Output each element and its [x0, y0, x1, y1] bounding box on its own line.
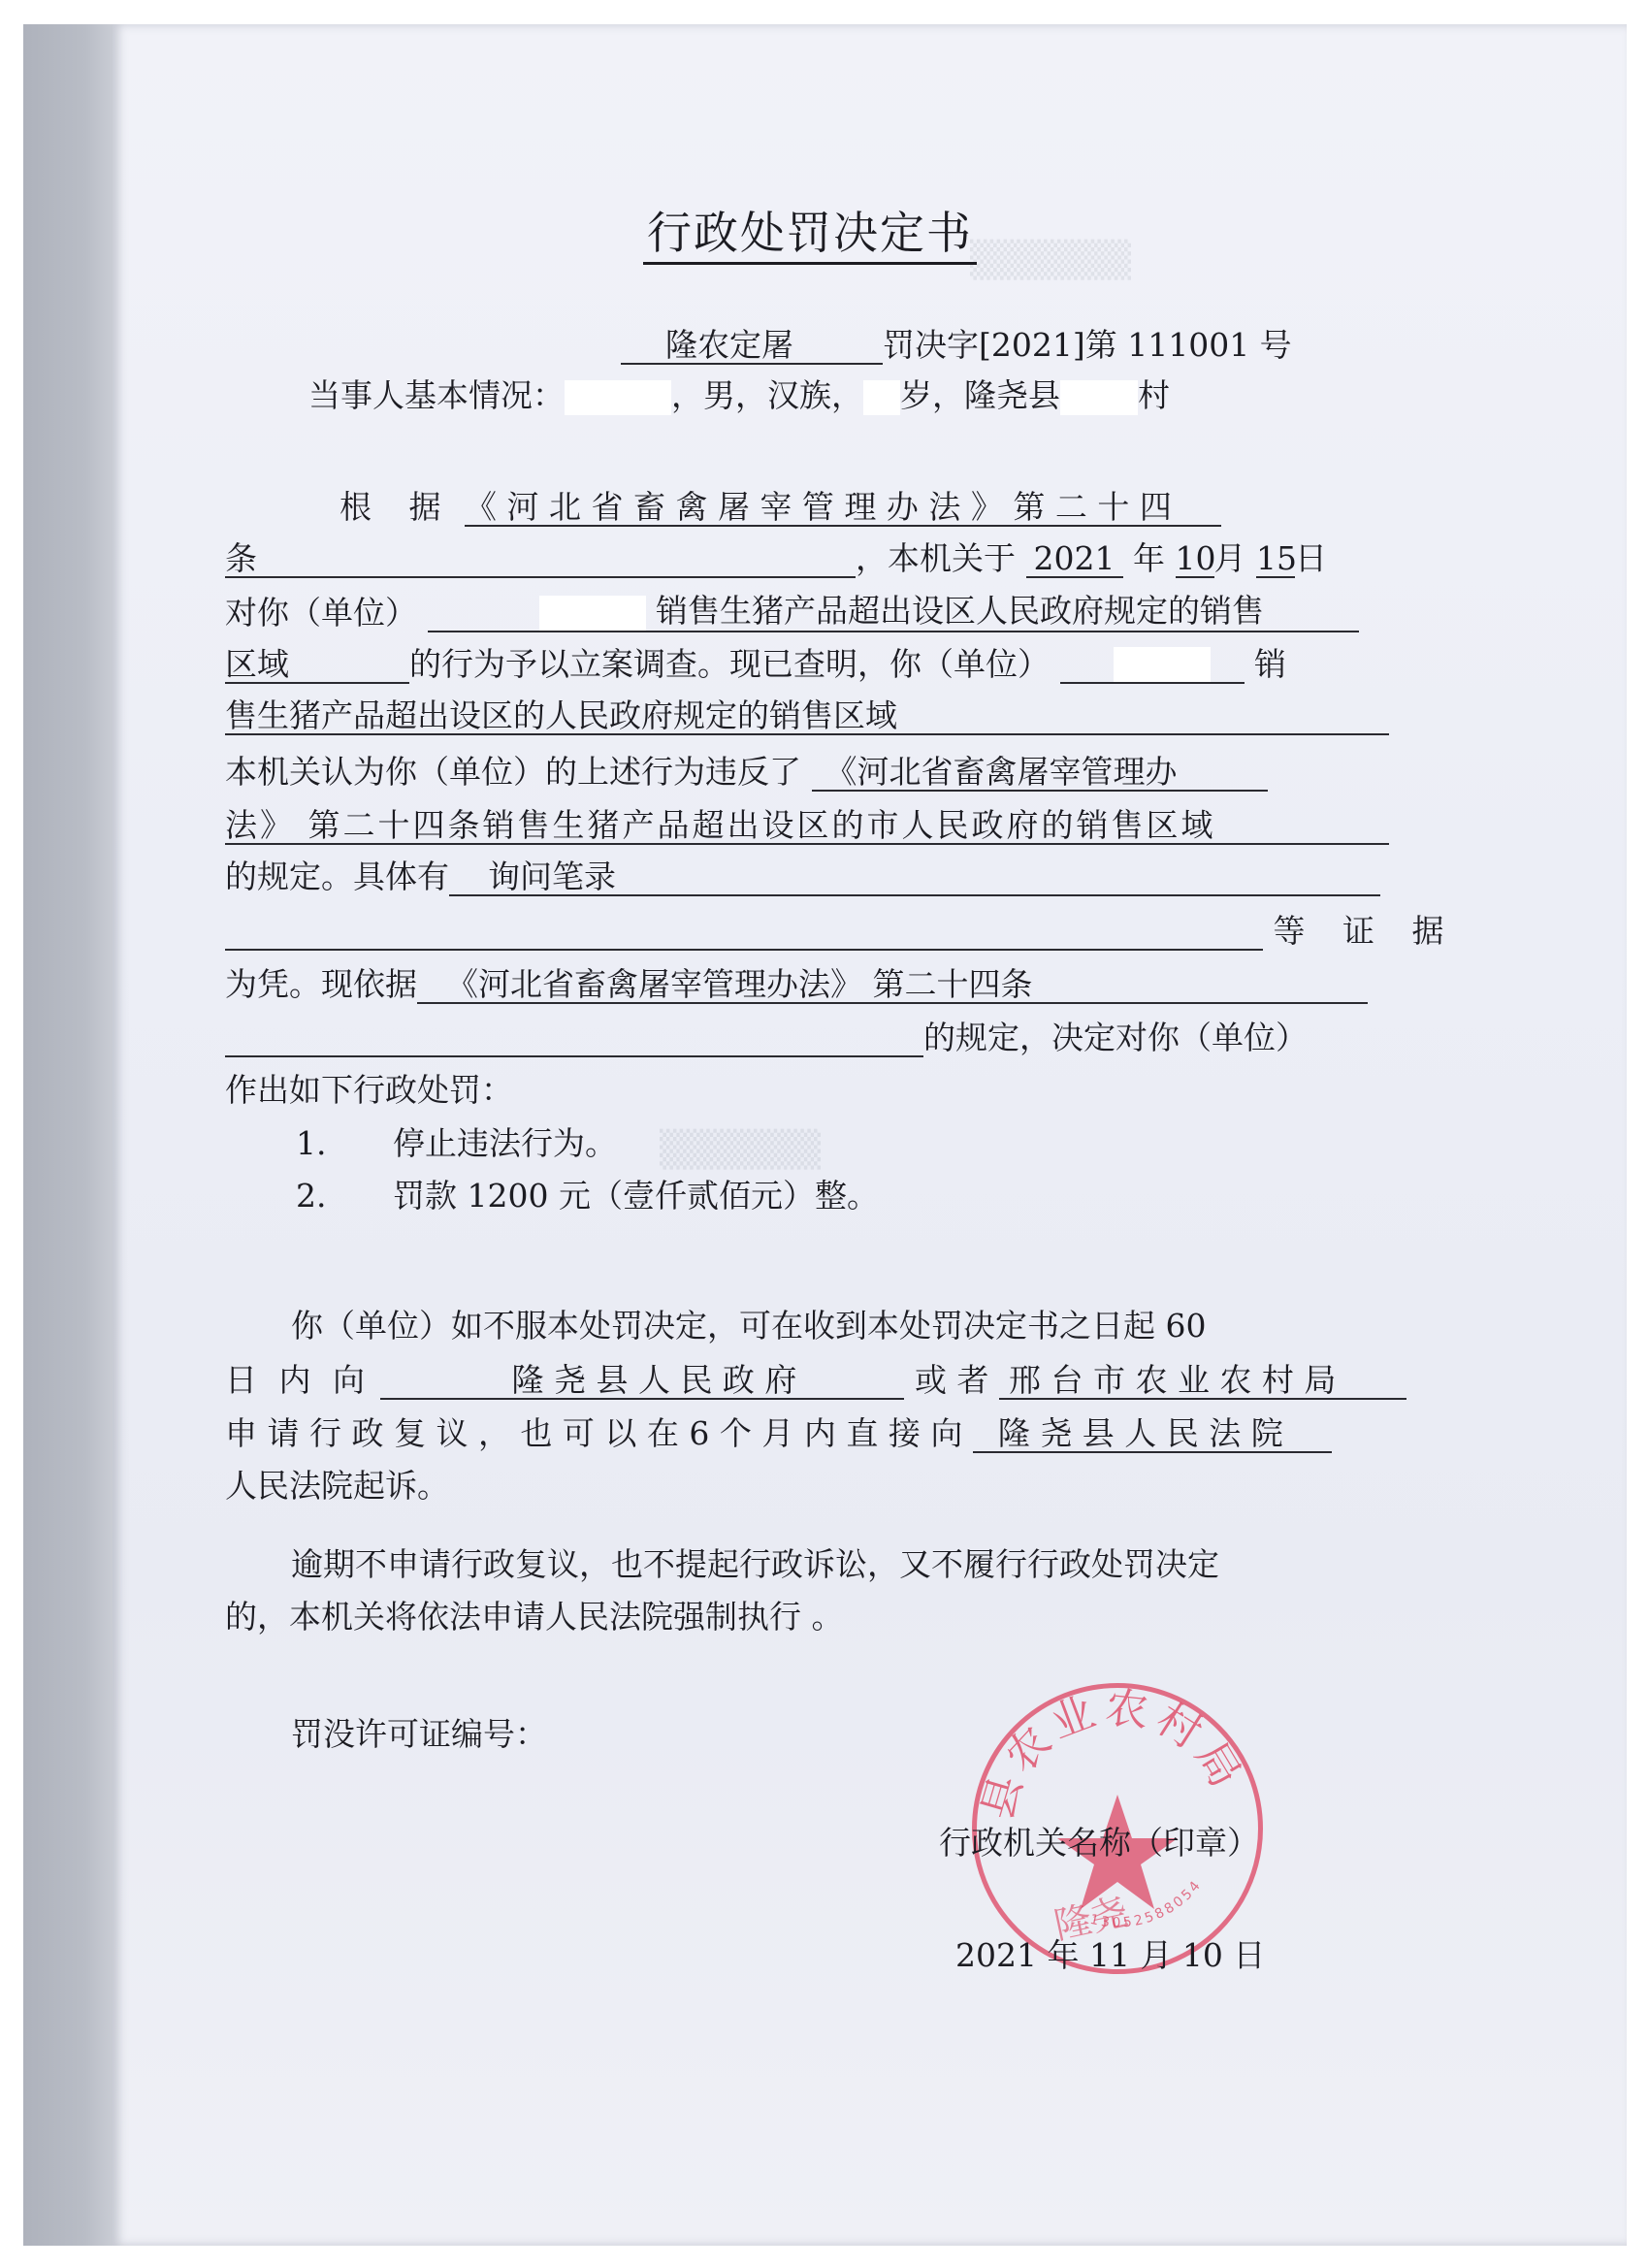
basis-law: 《 河 北 省 畜 禽 屠 宰 管 理 办 法 》 第 二 十 四	[465, 490, 1221, 527]
evidence-value: 询问笔录	[449, 859, 1380, 896]
case-day: 15	[1256, 541, 1295, 578]
party-gender: ，男，	[671, 376, 767, 414]
violation-rule-line: 本机关认为你（单位）的上述行为违反了 《河北省畜禽屠宰管理办	[225, 753, 1268, 792]
basis-blank	[225, 1055, 923, 1057]
violation-line: 对你（单位） 销售生猪产品超出设区人民政府规定的销售	[225, 594, 1359, 632]
basis-start: 为凭。现依据	[225, 965, 417, 1003]
party-village-suffix: 村	[1138, 376, 1170, 414]
party-info-label: 当事人基本情况：	[308, 376, 565, 414]
bleed-through-text: ▒▒▒▒▒▒	[660, 1130, 821, 1170]
found-start: 销	[1254, 645, 1286, 683]
basis-law-value: 《河北省畜禽屠宰管理办法》 第二十四条	[417, 967, 1368, 1004]
review-gov: 隆 尧 县 人 民 政 府	[380, 1363, 904, 1400]
found-party-field	[1060, 645, 1245, 684]
basis-lead: 根 据	[339, 488, 455, 526]
article-date-line: 条，本机关于 2021 年 10月 15日	[225, 539, 1327, 578]
court-line: 申 请 行 政 复 议 ， 也 可 以 在 6 个 月 内 直 接 向 隆 尧 …	[225, 1414, 1332, 1453]
decision-line: 的规定，决定对你（单位）	[225, 1019, 1308, 1057]
bleed-through-text: ▒▒▒▒▒▒	[970, 241, 1131, 280]
issue-date: 2021 年 11 月 10 日	[955, 1936, 1265, 1975]
evidence-blank	[225, 949, 1263, 951]
violation-end: 区域	[225, 647, 409, 684]
penalty-item: 2.罚款 1200 元（壹仟贰佰元）整。	[296, 1177, 879, 1215]
redacted-party	[1114, 647, 1211, 682]
overdue-line: 逾期不申请行政复议，也不提起行政诉讼，又不履行行政处罚决定	[291, 1545, 1219, 1584]
appeal-line: 你（单位）如不服本处罚决定，可在收到本处罚决定书之日起 60	[291, 1307, 1206, 1345]
day-unit: 日	[1295, 539, 1327, 577]
month-unit: 月	[1214, 539, 1246, 577]
rule-text: 的规定。具体有	[225, 858, 449, 895]
violation-field: 销售生猪产品超出设区人民政府规定的销售	[428, 594, 1359, 632]
license-number-label: 罚没许可证编号：	[291, 1715, 547, 1754]
doc-number-prefix: 隆农定屠	[621, 328, 883, 365]
found-text: 售生猪产品超出设区的人民政府规定的销售区域	[225, 698, 1389, 735]
investigation-text: 的行为予以立案调查。现已查明，你（单位）	[409, 645, 1050, 683]
penalty-number: 1.	[296, 1124, 393, 1163]
investigation-line: 区域的行为予以立案调查。现已查明，你（单位） 销	[225, 645, 1286, 684]
party-age-suffix: 岁，	[900, 376, 964, 414]
redacted-village	[1060, 380, 1138, 415]
evidence-line: 的规定。具体有询问笔录	[225, 858, 1380, 896]
penalty-intro: 作出如下行政处罚：	[225, 1071, 513, 1110]
binding-strip	[23, 24, 113, 2246]
document-title: 行政处罚决定书	[643, 206, 977, 265]
party-ethnicity: 汉族，	[767, 376, 863, 414]
redacted-name	[565, 380, 671, 415]
court-name: 隆 尧 县 人 民 法 院	[973, 1416, 1332, 1453]
article-end: 条	[225, 541, 856, 578]
within-label: 日 内 向	[225, 1361, 371, 1399]
violation-text: 销售生猪产品超出设区人民政府规定的销售	[656, 592, 1264, 630]
enforce-line: 的，本机关将依法申请人民法院强制执行 。	[225, 1598, 844, 1636]
violated-law: 《河北省畜禽屠宰管理办	[812, 755, 1268, 792]
sue-line: 人民法院起诉。	[225, 1467, 449, 1506]
case-year: 2021	[1026, 541, 1123, 578]
agency-text: ，本机关于	[856, 539, 1016, 577]
evidence-end: 等 证 据	[1274, 912, 1458, 950]
case-month: 10	[1176, 541, 1214, 578]
violation-rule-start: 本机关认为你（单位）的上述行为违反了	[225, 753, 801, 791]
document-number: 隆农定屠罚决字[2021]第 111001 号	[621, 326, 1292, 365]
decision-text: 的规定，决定对你（单位）	[923, 1019, 1308, 1056]
violated-law-cont: 法》 第二十四条销售生猪产品超出设区的市人民政府的销售区域	[225, 808, 1389, 845]
review-text: 申 请 行 政 复 议 ， 也 可 以 在 6 个 月 内 直 接 向	[225, 1414, 962, 1452]
party-info: 当事人基本情况：，男，汉族，岁，隆尧县村	[308, 376, 1170, 415]
found-line: 售生猪产品超出设区的人民政府规定的销售区域	[225, 697, 1389, 735]
penalty-number: 2.	[296, 1177, 393, 1215]
penalty-item: 1.停止违法行为。	[296, 1124, 617, 1163]
review-bureau: 邢 台 市 农 业 农 村 局	[999, 1363, 1406, 1400]
evidence-end-line: 等 证 据	[225, 912, 1457, 951]
redacted-age	[863, 380, 900, 415]
review-authority-line: 日 内 向 隆 尧 县 人 民 政 府 或 者 邢 台 市 农 业 农 村 局	[225, 1361, 1406, 1400]
redacted-party	[539, 596, 646, 631]
to-you-label: 对你（单位）	[225, 594, 417, 632]
basis-line: 根 据 《 河 北 省 畜 禽 屠 宰 管 理 办 法 》 第 二 十 四	[339, 488, 1221, 527]
violated-law-cont-line: 法》 第二十四条销售生猪产品超出设区的市人民政府的销售区域	[225, 806, 1389, 845]
agency-name-label: 行政机关名称（印章）	[939, 1824, 1259, 1863]
party-county: 隆尧县	[964, 376, 1060, 414]
year-unit: 年	[1133, 539, 1165, 577]
or-label: 或 者	[915, 1361, 989, 1399]
doc-number-suffix: 罚决字[2021]第 111001 号	[883, 326, 1292, 364]
penalty-text: 停止违法行为。	[393, 1124, 617, 1162]
legal-basis-line: 为凭。现依据《河北省畜禽屠宰管理办法》 第二十四条	[225, 965, 1368, 1004]
penalty-text: 罚款 1200 元（壹仟贰佰元）整。	[393, 1177, 879, 1215]
